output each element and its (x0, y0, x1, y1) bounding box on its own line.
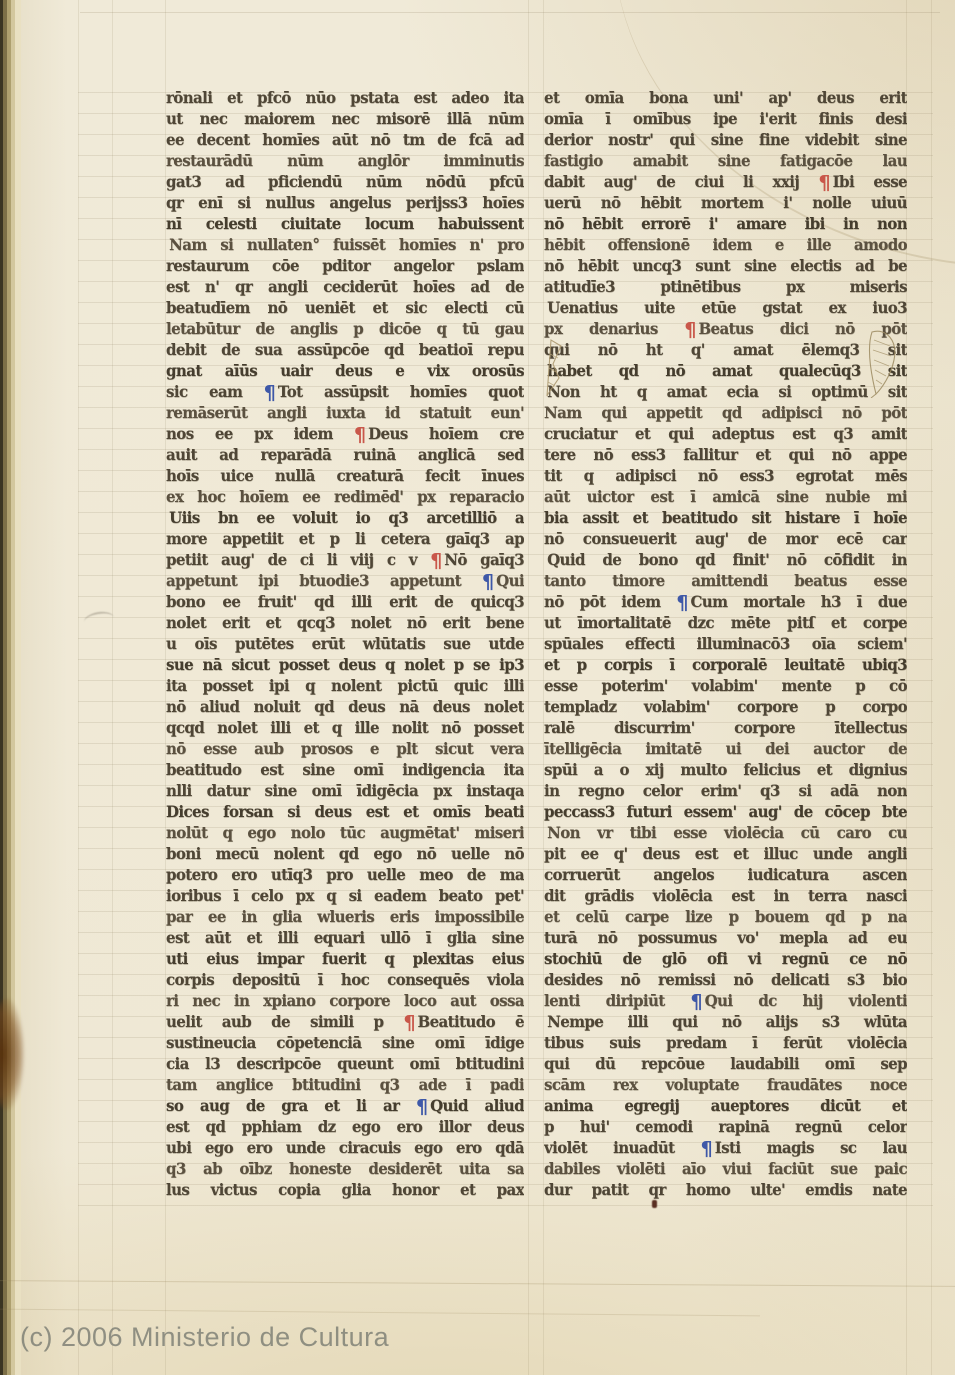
manuscript-text-line: uti eius impar fuerit q plexitas eius (166, 949, 524, 971)
red-paragraph-mark: ¶ (544, 1012, 547, 1034)
manuscript-text-line: Dices forsan si deus est et omīs beati (166, 802, 524, 824)
text-column-right: et omīa bona uni' ap' deus eritomīa ī om… (544, 88, 907, 1201)
red-paragraph-mark: ¶ (819, 172, 833, 194)
manuscript-text-line: bono ee fruit' qd illi erit de quicq3 (166, 592, 524, 614)
parchment-crease (0, 1309, 760, 1317)
manuscript-text-line: tere nō ess3 fallitur et qui nō appe (544, 445, 907, 467)
manuscript-text-line: nolet erit et qcq3 nolet nō erit bene (166, 613, 524, 635)
manuscript-text-line: lus victus copia glia honor et pax (166, 1180, 524, 1202)
manuscript-text-line: et p corpis ī corporalē leuitatē ubiq3 (544, 655, 907, 677)
manuscript-text-line: corruerūt angelos iudicatura ascen (544, 865, 907, 887)
manuscript-text-line: qui nō ht q' amat ēlemq3 sit (544, 340, 907, 362)
manuscript-text-line: hoīs uice nullā creaturā fecit īnues (166, 466, 524, 488)
manuscript-text-line: px denarius ¶Beatus dici nō pōt (544, 319, 907, 341)
manuscript-page: rōnali et pfcō nūo pstata est adeo itaut… (0, 0, 955, 1375)
manuscript-text-line: tanto timore amittendi beatus esse (544, 571, 907, 593)
manuscript-text-line: so aug de gra et li ar ¶Quid aliud (166, 1096, 524, 1118)
pencil-mark (83, 610, 115, 630)
manuscript-text-line: uelit aub de simili p ¶Beatitudo ē (166, 1012, 524, 1034)
manuscript-text-line: nō hēbit errorē i' amare ibi in non (544, 214, 907, 236)
manuscript-text-line: restaurum cōe pditor angelor pslam (166, 256, 524, 278)
manuscript-text-line: nō esse aub prosos e plt sicut vera (166, 739, 524, 761)
manuscript-text-line: tam anglice btitudini q3 ade ī padi (166, 1075, 524, 1097)
manuscript-text-line: ut īmortalitatē dzc mēte pitſ et corpe (544, 613, 907, 635)
manuscript-text-line: ¶Non vr tibi esse violēcia cū caro cu (544, 823, 907, 845)
manuscript-text-line: beatitudo est sine omī indigencia ita (166, 760, 524, 782)
manuscript-text-line: dabit aug' de ciui li xxij ¶Ibi esse (544, 172, 907, 194)
manuscript-text-line: spūi a o xij multo felicius et dignius (544, 760, 907, 782)
manuscript-text-line: corpis depositū ī hoc consequēs viola (166, 970, 524, 992)
manuscript-text-line: remāserūt angli iuxta id statuit eun' (166, 403, 524, 425)
manuscript-text-line: nī celesti ciuitate locum habuissent (166, 214, 524, 236)
manuscript-text-line: et omīa bona uni' ap' deus erit (544, 88, 907, 110)
manuscript-text-line: aūt uictor est ī amicā sine nubie mi (544, 487, 907, 509)
blue-paragraph-mark: ¶ (701, 1138, 715, 1160)
red-paragraph-mark: ¶ (166, 235, 169, 257)
manuscript-text-line: ita posset ipi q nolent pictū quic illi (166, 676, 524, 698)
manuscript-text-line: ¶habet qd nō amat qualecūq3 sit (544, 361, 907, 383)
pen-sketch-intercolumn (541, 334, 565, 400)
manuscript-text-line: peccass3 futuri essem' aug' de cōcep bte (544, 802, 907, 824)
manuscript-text-line: beatudīem nō ueniēt et sic electi cū (166, 298, 524, 320)
manuscript-text-line: debit de sua assūpcōe qd beatioī repu (166, 340, 524, 362)
manuscript-text-line: scām rex voluptate fraudātes noce (544, 1075, 907, 1097)
manuscript-text-line: auit ad reparādā ruinā anglicā sed (166, 445, 524, 467)
manuscript-text-line: restaurādū nūm anglōr imminutis (166, 151, 524, 173)
manuscript-text-line: tibus suis predam ī ferūt violēcia (544, 1033, 907, 1055)
manuscript-text-line: qui dū repcōue laudabili omī sep (544, 1054, 907, 1076)
manuscript-text-line: qcqd nolet illi et q ille nolit nō posse… (166, 718, 524, 740)
manuscript-text-line: dur patit qr homo ulte' emdis nate (544, 1180, 907, 1202)
manuscript-text-line: atitudīe3 ptinētibus px miseris (544, 277, 907, 299)
manuscript-text-line: more appetiit et p li cetera gaīq3 ap (166, 529, 524, 551)
manuscript-text-line: ¶Nam si nullaten° fuissēt homīes n' pro (166, 235, 524, 257)
manuscript-text-line: lenti diripiūt ¶Qui dc hij violenti (544, 991, 907, 1013)
manuscript-text-line: ¶Uiis bn ee voluit io q3 arcetilliō a (166, 508, 524, 530)
manuscript-text-line: potero ero utīq3 pro uelle meo de ma (166, 865, 524, 887)
manuscript-text-line: Nam qui appetit qd adipisci nō pōt (544, 403, 907, 425)
red-paragraph-mark: ¶ (403, 1012, 417, 1034)
manuscript-text-line: petiit aug' de ci li viij c v ¶Nō gaīq3 (166, 550, 524, 572)
manuscript-text-line: spūales effecti illuminacō3 oīa sciem' (544, 634, 907, 656)
blue-paragraph-mark: ¶ (416, 1096, 430, 1118)
manuscript-text-line: nlli datur sine omī īdigēcia px instaqa (166, 781, 524, 803)
manuscript-text-line: gat3 ad pficiendū nūm nōdū pfcū (166, 172, 524, 194)
manuscript-text-line: sic eam ¶Tot assūpsit homīes quot (166, 382, 524, 404)
manuscript-text-line: ¶Uenatius uite etūe gstat ex iuo3 (544, 298, 907, 320)
manuscript-text-line: ¶Quid de bono qd finit' nō cōfidit in (544, 550, 907, 572)
red-paragraph-mark: ¶ (544, 550, 547, 572)
manuscript-text-line: ītelligēcia imitatē ui dei auctor de (544, 739, 907, 761)
manuscript-text-line: hēbit offensionē idem e ille amodo (544, 235, 907, 257)
manuscript-text-line: nolūt q ego nolo tūc augmētat' miseri (166, 823, 524, 845)
manuscript-text-line: ¶Nempe illi qui nō alijs s3 wlūta (544, 1012, 907, 1034)
manuscript-text-line: boni mecū nolent qd ego nō uelle nō (166, 844, 524, 866)
manuscript-text-line: gnat aīūs uair deus e vix orosūs (166, 361, 524, 383)
manuscript-text-line: esse poterim' volabim' mente p cō (544, 676, 907, 698)
copyright-watermark: (c) 2006 Ministerio de Cultura (20, 1322, 389, 1353)
manuscript-text-line: est aūt et illi equari ullō ī glia sine (166, 928, 524, 950)
manuscript-text-line: ut nec maiorem nec misorē illā nūm (166, 109, 524, 131)
blue-paragraph-mark: ¶ (690, 991, 704, 1013)
blue-paragraph-mark: ¶ (264, 382, 278, 404)
manuscript-text-line: derior nostr' qui sine fine videbit sine (544, 130, 907, 152)
vertical-ruling-line (78, 0, 79, 1375)
manuscript-text-line: cia l3 descripcōe queunt omī btitudini (166, 1054, 524, 1076)
manuscript-text-line: dit grādis violēcia est in terra nasci (544, 886, 907, 908)
manuscript-text-line: nō hēbit uncq3 sunt sine electis ad be (544, 256, 907, 278)
red-paragraph-mark: ¶ (544, 823, 547, 845)
manuscript-text-line: letabūtur de anglis p dicōe q tū gau (166, 319, 524, 341)
manuscript-text-line: uerū nō hēbit mortem i' nolle uiuū (544, 193, 907, 215)
pen-sketch-right-margin (864, 326, 904, 398)
ink-fleck (652, 1200, 657, 1208)
manuscript-text-line: et celū carpe lize p bouem qd p na (544, 907, 907, 929)
manuscript-text-line: ubi ego ero unde ciracuis ego ero qdā (166, 1138, 524, 1160)
manuscript-text-line: nos ee px idem ¶Deus hoīem cre (166, 424, 524, 446)
manuscript-text-line: nō aliud noluit qd deus nā deus nolet (166, 697, 524, 719)
manuscript-text-line: ioribus ī celo px q si eadem beato pet' (166, 886, 524, 908)
manuscript-text-line: fastigio amabit sine fatigacōe lau (544, 151, 907, 173)
vertical-ruling-line (112, 0, 113, 1375)
manuscript-text-line: violēt inuadūt ¶Isti magis sc lau (544, 1138, 907, 1160)
manuscript-text-line: in regno celor erim' q3 si adā non (544, 781, 907, 803)
blue-paragraph-mark: ¶ (166, 508, 169, 530)
manuscript-text-line: bia assit et beatitudo sit histare ī hoī… (544, 508, 907, 530)
vertical-ruling-line (528, 0, 529, 1375)
manuscript-text-line: ¶Non ht q amat ecia si optimū sit (544, 382, 907, 404)
manuscript-text-line: desides nō remissi nō delicati s3 bio (544, 970, 907, 992)
manuscript-text-line: ri nec in xpiano corpore loco aut ossa (166, 991, 524, 1013)
blue-paragraph-mark: ¶ (482, 571, 496, 593)
manuscript-text-line: pit ee q' deus est et illuc unde angli (544, 844, 907, 866)
manuscript-text-line: ralē discurrim' corpore ītellectus (544, 718, 907, 740)
manuscript-text-line: u oīs putētes erūt wlūtatis sue utde (166, 634, 524, 656)
manuscript-text-line: sustineucia cōpetenciā sine omī īdige (166, 1033, 524, 1055)
manuscript-text-line: templadz volabim' corpore p corpo (544, 697, 907, 719)
manuscript-text-line: p hui' cemodi rapinā regnū celor (544, 1117, 907, 1139)
manuscript-text-line: omīa ī omībus ipe i'erit finis desi (544, 109, 907, 131)
blue-paragraph-mark: ¶ (544, 298, 547, 320)
manuscript-text-line: nō consueuerit aug' de mor ecē car (544, 529, 907, 551)
manuscript-text-line: turā nō possumus vo' mepla ad eu (544, 928, 907, 950)
manuscript-text-line: anima egregij aueptores dicūt et (544, 1096, 907, 1118)
parchment-crease (0, 1280, 955, 1287)
manuscript-text-line: sue nā sicut posset deus q nolet p se ip… (166, 655, 524, 677)
manuscript-text-line: rōnali et pfcō nūo pstata est adeo ita (166, 88, 524, 110)
manuscript-text-line: appetunt ipi btuodie3 appetunt ¶Qui (166, 571, 524, 593)
manuscript-text-line: est qd pphiam dz ego ero illor deus (166, 1117, 524, 1139)
manuscript-text-line: dabiles violēti aīo viui faciūt sue paic (544, 1159, 907, 1181)
manuscript-text-line: ee decent homīes aūt nō tm de fcā ad (166, 130, 524, 152)
red-paragraph-mark: ¶ (684, 319, 698, 341)
blue-paragraph-mark: ¶ (676, 592, 690, 614)
text-column-left: rōnali et pfcō nūo pstata est adeo itaut… (166, 88, 524, 1201)
manuscript-text-line: q3 ab oībz honeste desiderēt uita sa (166, 1159, 524, 1181)
manuscript-text-line: ex hoc hoīem ee redimēd' px reparacio (166, 487, 524, 509)
manuscript-text-line: stochiū de glō ofi vi regnū ce nō (544, 949, 907, 971)
manuscript-text-line: qr enī si nullus angelus perijss3 hoīes (166, 193, 524, 215)
red-paragraph-mark: ¶ (354, 424, 368, 446)
manuscript-text-line: par ee in glia wlueris eris impossibile (166, 907, 524, 929)
book-binding-edge (15, 0, 21, 1375)
manuscript-text-line: est n' qr angli ceciderūt hoīes ad de (166, 277, 524, 299)
manuscript-text-line: cruciatur et qui adeptus est q3 amit (544, 424, 907, 446)
manuscript-text-line: tit q adipisci nō ess3 egrotat mēs (544, 466, 907, 488)
manuscript-text-line: nō pōt idem ¶Cum mortale h3 ī due (544, 592, 907, 614)
red-paragraph-mark: ¶ (430, 550, 444, 572)
